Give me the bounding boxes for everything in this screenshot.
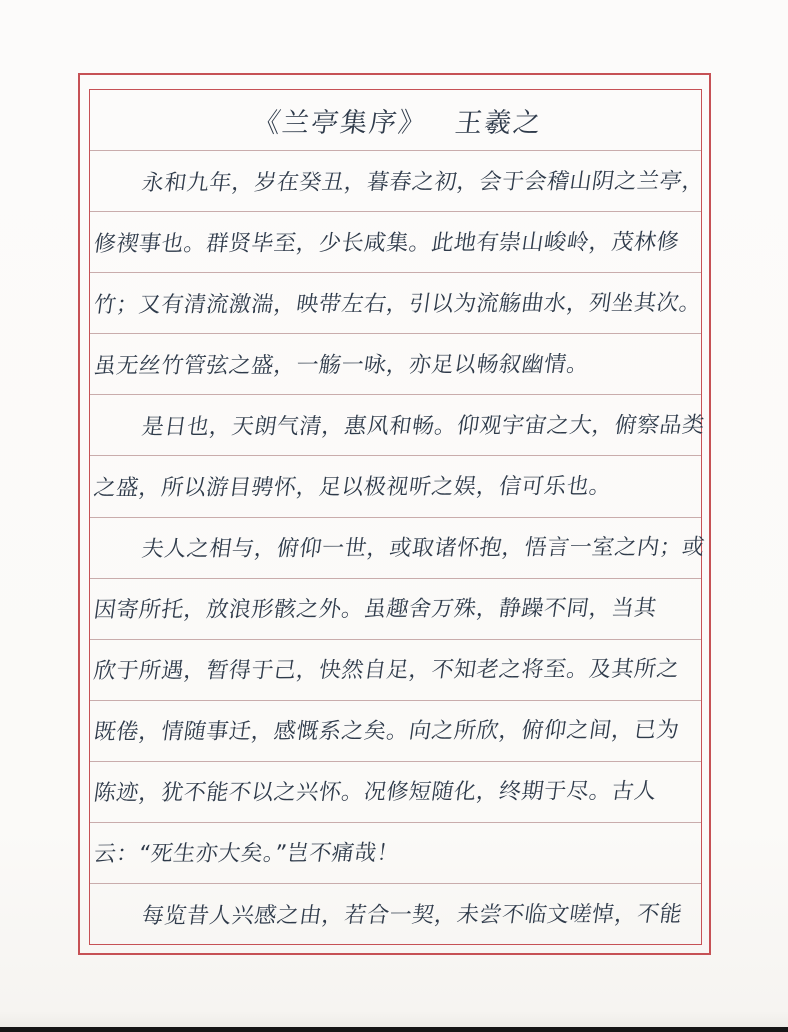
manuscript-line: 永和九年，岁在癸丑，暮春之初，会于会稽山阴之兰亭， xyxy=(90,151,701,212)
manuscript-line: 欣于所遇，暂得于己，快然自足，不知老之将至。及其所之 xyxy=(90,640,701,701)
author-name: 王羲之 xyxy=(453,100,545,139)
manuscript-line: 既倦，情随事迁，感慨系之矣。向之所欣，俯仰之间，已为 xyxy=(90,701,701,762)
manuscript-line: 每览昔人兴感之由，若合一契，未尝不临文嗟悼，不能 xyxy=(90,884,701,944)
line-text: 虽无丝竹管弦之盛，一觞一咏，亦足以畅叙幽情。 xyxy=(92,347,592,380)
line-text: 永和九年，岁在癸丑，暮春之初，会于会稽山阴之兰亭， xyxy=(140,164,707,197)
manuscript-line: 虽无丝竹管弦之盛，一觞一咏，亦足以畅叙幽情。 xyxy=(90,334,701,395)
photo-bottom-edge xyxy=(0,1027,788,1032)
outer-border-frame: 《兰亭集序》 王羲之 永和九年，岁在癸丑，暮春之初，会于会稽山阴之兰亭， 修禊事… xyxy=(78,73,711,955)
title-line: 《兰亭集序》 王羲之 xyxy=(90,90,701,151)
ruled-sheet: 《兰亭集序》 王羲之 永和九年，岁在癸丑，暮春之初，会于会稽山阴之兰亭， 修禊事… xyxy=(90,90,701,944)
line-text: 夫人之相与，俯仰一世，或取诸怀抱，悟言一室之内；或 xyxy=(140,530,707,563)
line-text: 之盛，所以游目骋怀，足以极视听之娱，信可乐也。 xyxy=(92,469,614,502)
line-text: 修禊事也。群贤毕至，少长咸集。此地有崇山峻岭，茂林修 xyxy=(92,225,682,258)
line-text: 陈迹，犹不能不以之兴怀。况修短随化，终期于尽。古人 xyxy=(92,774,659,807)
manuscript-line: 修禊事也。群贤毕至，少长咸集。此地有崇山峻岭，茂林修 xyxy=(90,212,701,273)
line-text: 既倦，情随事迁，感慨系之矣。向之所欣，俯仰之间，已为 xyxy=(92,713,682,746)
inner-border-frame: 《兰亭集序》 王羲之 永和九年，岁在癸丑，暮春之初，会于会稽山阴之兰亭， 修禊事… xyxy=(89,89,702,945)
manuscript-line: 陈迹，犹不能不以之兴怀。况修短随化，终期于尽。古人 xyxy=(90,762,701,823)
manuscript-line: 夫人之相与，俯仰一世，或取诸怀抱，悟言一室之内；或 xyxy=(90,518,701,579)
manuscript-line: 是日也，天朗气清，惠风和畅。仰观宇宙之大，俯察品类 xyxy=(90,395,701,456)
line-text: 因寄所托，放浪形骸之外。虽趣舍万殊，静躁不同，当其 xyxy=(92,591,659,624)
manuscript-photo: 《兰亭集序》 王羲之 永和九年，岁在癸丑，暮春之初，会于会稽山阴之兰亭， 修禊事… xyxy=(0,0,788,1032)
line-text: 欣于所遇，暂得于己，快然自足，不知老之将至。及其所之 xyxy=(92,652,682,685)
work-title: 《兰亭集序》 xyxy=(251,100,430,140)
manuscript-line: 因寄所托，放浪形骸之外。虽趣舍万殊，静躁不同，当其 xyxy=(90,579,701,640)
line-text: 每览昔人兴感之由，若合一契，未尝不临文嗟悼，不能 xyxy=(140,897,685,930)
line-text: 竹；又有清流激湍，映带左右，引以为流觞曲水，列坐其次。 xyxy=(92,286,704,319)
manuscript-line: 云：“死生亦大矣。”岂不痛哉！ xyxy=(90,823,701,884)
manuscript-line: 之盛，所以游目骋怀，足以极视听之娱，信可乐也。 xyxy=(90,456,701,517)
manuscript-line: 竹；又有清流激湍，映带左右，引以为流觞曲水，列坐其次。 xyxy=(90,273,701,334)
line-text: 是日也，天朗气清，惠风和畅。仰观宇宙之大，俯察品类 xyxy=(140,408,707,441)
line-text: 云：“死生亦大矣。”岂不痛哉！ xyxy=(92,836,402,868)
